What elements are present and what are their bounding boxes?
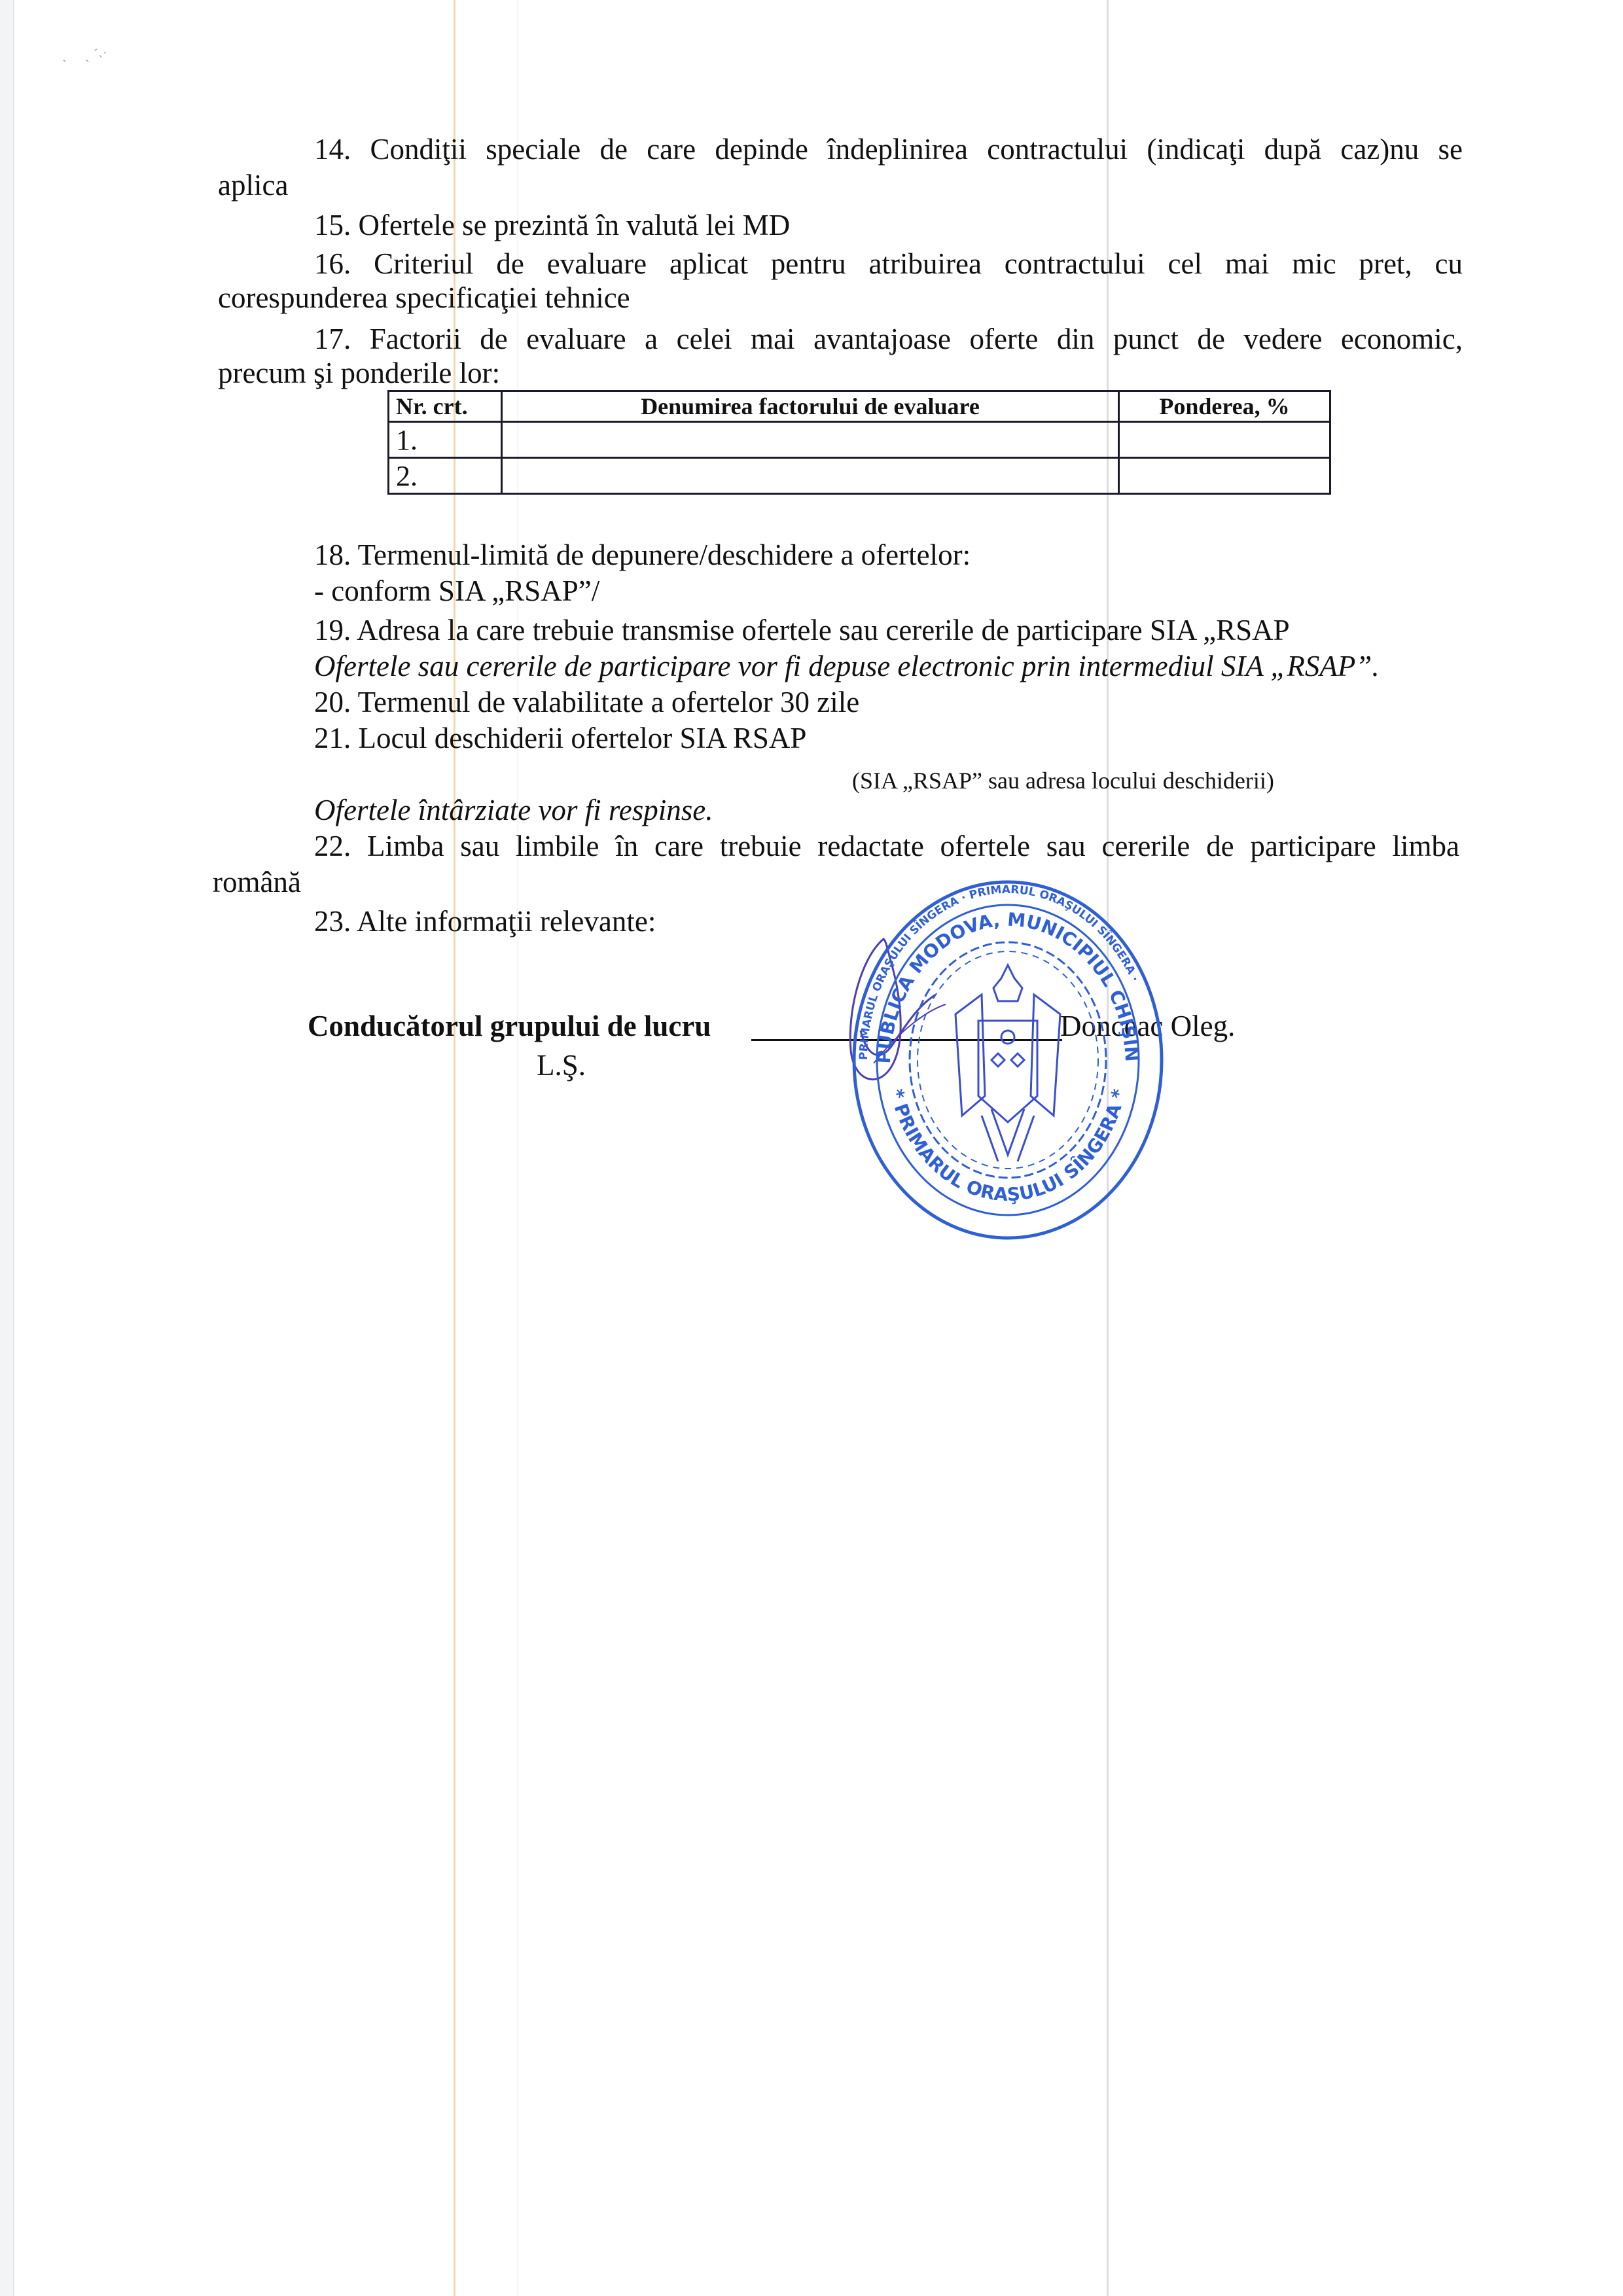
item-16-line2: corespunderea specificaţiei tehnice bbox=[218, 279, 630, 316]
scan-edge bbox=[0, 0, 14, 2296]
item-19-line1: 19. Adresa la care trebuie transmise ofe… bbox=[314, 612, 1290, 648]
seal-label: L.Ş. bbox=[537, 1047, 586, 1084]
svg-text:REPUBLICA MODOVA, MUNICIPIUL C: REPUBLICA MODOVA, MUNICIPIUL CHIŞINĂU bbox=[851, 880, 1143, 1064]
item-22-line2: română bbox=[213, 864, 301, 900]
header-weight: Ponderea, % bbox=[1119, 391, 1330, 422]
item-16-line1: 16. Criteriul de evaluare aplicat pentru… bbox=[314, 245, 1463, 282]
item-14-line2: aplica bbox=[218, 167, 288, 203]
item-18-line1: 18. Termenul-limită de depunere/deschide… bbox=[314, 537, 971, 573]
official-stamp: PRIMARUL ORAŞULUI SÎNGERA · PRIMARUL ORA… bbox=[851, 880, 1165, 1240]
row-weight bbox=[1119, 458, 1330, 494]
row-factor-name bbox=[502, 458, 1119, 494]
item-21-note: Ofertele întârziate vor fi respinse. bbox=[314, 792, 713, 828]
stamp-inner-top-text: REPUBLICA MODOVA, MUNICIPIUL CHIŞINĂU bbox=[851, 880, 1143, 1064]
item-15: 15. Ofertele se prezintă în valută lei M… bbox=[314, 207, 790, 243]
item-19-line2: Ofertele sau cererile de participare vor… bbox=[314, 648, 1380, 684]
item-14-line1: 14. Condiţii speciale de care depinde în… bbox=[314, 131, 1463, 168]
item-21: 21. Locul deschiderii ofertelor SIA RSAP bbox=[314, 720, 806, 756]
table-header-row: Nr. crt. Denumirea factorului de evaluar… bbox=[389, 391, 1330, 422]
item-20: 20. Termenul de valabilitate a ofertelor… bbox=[314, 684, 859, 720]
svg-text:* PRIMARUL ORAŞULUI SÎNGERA *: * PRIMARUL ORAŞULUI SÎNGERA * bbox=[885, 1087, 1130, 1205]
header-nr-crt: Nr. crt. bbox=[389, 391, 502, 422]
row-number: 1. bbox=[389, 422, 502, 458]
item-23: 23. Alte informaţii relevante: bbox=[314, 903, 656, 940]
item-21-hint: (SIA „RSAP” sau adresa locului deschider… bbox=[852, 762, 1274, 799]
coat-of-arms-icon bbox=[955, 965, 1060, 1161]
table-row: 1. bbox=[389, 422, 1330, 458]
item-17-line1: 17. Factorii de evaluare a celei mai ava… bbox=[314, 321, 1463, 357]
row-weight bbox=[1119, 422, 1330, 458]
item-18-line2: - conform SIA „RSAP”/ bbox=[314, 573, 599, 609]
stamp-inner-bottom-text: * PRIMARUL ORAŞULUI SÎNGERA * bbox=[885, 1087, 1130, 1205]
scan-specks: ˏ ˎ ˊ˴ˑ bbox=[62, 46, 160, 72]
row-number: 2. bbox=[389, 458, 502, 494]
table-row: 2. bbox=[389, 458, 1330, 494]
row-factor-name bbox=[502, 422, 1119, 458]
signature-title: Conducătorul grupului de lucru bbox=[308, 1008, 711, 1044]
item-22-line1: 22. Limba sau limbile în care trebuie re… bbox=[314, 828, 1459, 864]
item-17-line2: precum şi ponderile lor: bbox=[218, 355, 500, 391]
header-factor-name: Denumirea factorului de evaluare bbox=[502, 391, 1119, 422]
evaluation-factors-table: Nr. crt. Denumirea factorului de evaluar… bbox=[387, 390, 1331, 495]
